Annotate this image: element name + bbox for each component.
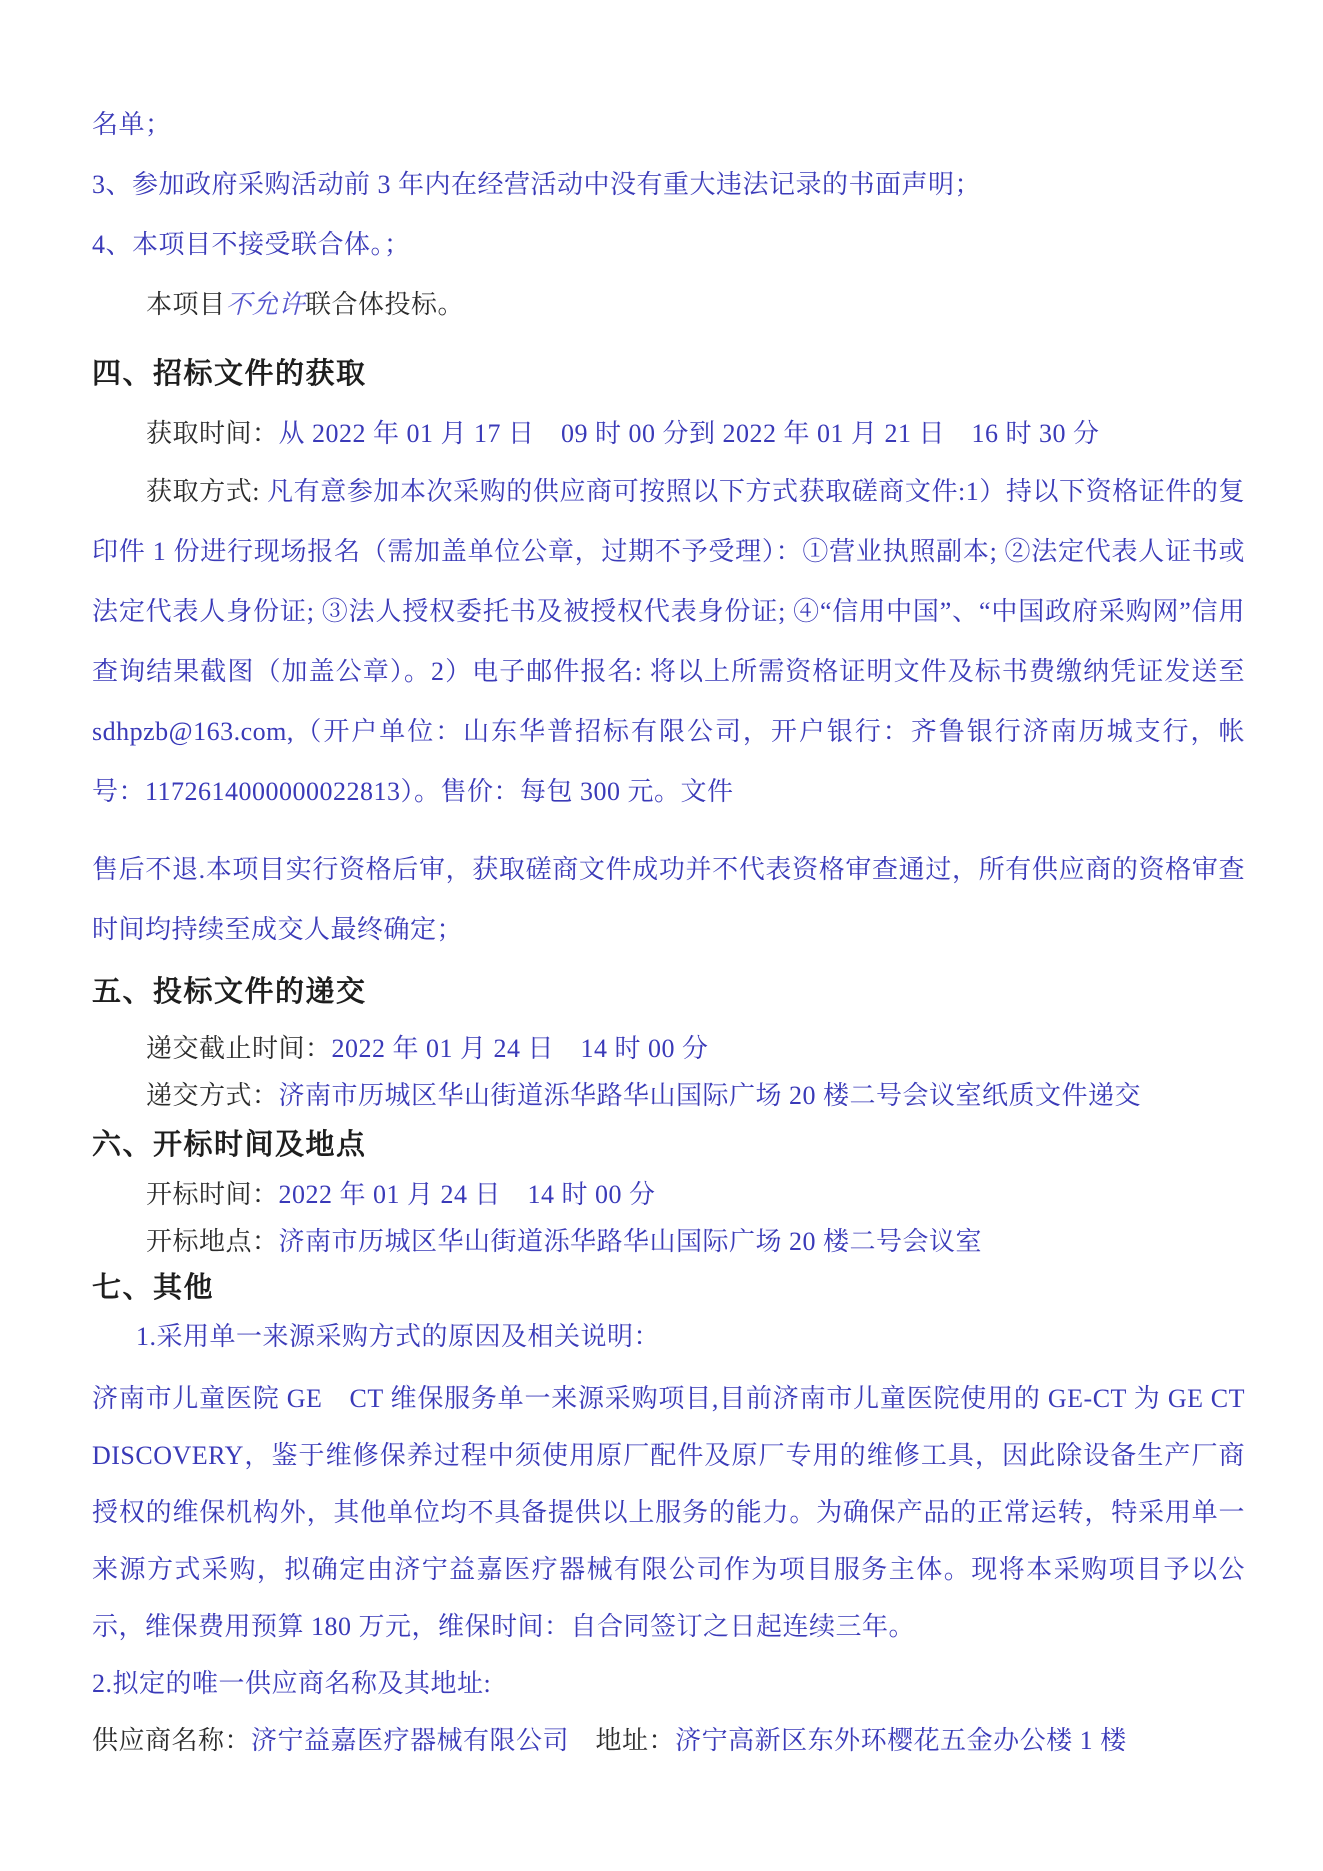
obtain-time-label: 获取时间： [146,419,279,448]
joint-bid-emphasis-not-allowed: 不允许 [226,290,306,319]
opening-place-label: 开标地点： [146,1227,279,1256]
single-source-reason-title: 1.采用单一来源采购方式的原因及相关说明： [92,1312,1245,1362]
opening-time-value: 2022 年 01 月 24 日 14 时 00 分 [279,1180,656,1209]
sole-supplier-title: 2.拟定的唯一供应商名称及其地址: [92,1655,1245,1712]
section-heading-bid-opening: 六、开标时间及地点 [92,1119,1245,1171]
opening-time-line: 开标时间：2022 年 01 月 24 日 14 时 00 分 [92,1171,1245,1218]
single-source-reason-body: 济南市儿童医院 GE CT 维保服务单一来源采购项目,目前济南市儿童医院使用的 … [92,1370,1245,1655]
opening-place-value: 济南市历城区华山街道泺华路华山国际广场 20 楼二号会议室 [279,1227,983,1256]
opening-place-line: 开标地点：济南市历城区华山街道泺华路华山国际广场 20 楼二号会议室 [92,1218,1245,1265]
intro-line-mingdan: 名单； [92,95,1245,155]
supplier-address-label: 地址： [596,1726,676,1755]
tender-notice-document-page: 名单； 3、参加政府采购活动前 3 年内在经营活动中没有重大违法记录的书面声明；… [0,0,1323,1871]
obtain-method-value: 凡有意参加本次采购的供应商可按照以下方式获取磋商文件:1）持以下资格证件的复印件… [92,477,1245,806]
aftersale-note-paragraph: 售后不退.本项目实行资格后审，获取磋商文件成功并不代表资格审查通过，所有供应商的… [92,840,1245,960]
section-heading-other: 七、其他 [92,1265,1245,1312]
obtain-time-value: 从 2022 年 01 月 17 日 09 时 00 分到 2022 年 01 … [279,419,1100,448]
joint-bid-statement: 本项目不允许联合体投标。 [92,275,1245,335]
obtain-method-paragraph: 获取方式: 凡有意参加本次采购的供应商可按照以下方式获取磋商文件:1）持以下资格… [92,462,1245,822]
submission-deadline-label: 递交截止时间： [146,1034,332,1063]
joint-bid-prefix: 本项目 [146,290,226,319]
opening-time-label: 开标时间： [146,1180,279,1209]
sole-supplier-line: 供应商名称：济宁益嘉医疗器械有限公司 地址：济宁高新区东外环樱花五金办公楼 1 … [92,1712,1245,1769]
section-heading-bid-submission: 五、投标文件的递交 [92,960,1245,1025]
obtain-time-line: 获取时间：从 2022 年 01 月 17 日 09 时 00 分到 2022 … [92,405,1245,462]
qualification-item-4: 4、本项目不接受联合体。； [92,215,1245,275]
supplier-line-gap [569,1726,596,1755]
submission-deadline-value: 2022 年 01 月 24 日 14 时 00 分 [332,1034,709,1063]
submission-deadline-line: 递交截止时间：2022 年 01 月 24 日 14 时 00 分 [92,1025,1245,1072]
supplier-name-label: 供应商名称： [92,1726,251,1755]
obtain-method-label: 获取方式: [146,477,260,506]
supplier-address-value: 济宁高新区东外环樱花五金办公楼 1 楼 [675,1726,1127,1755]
supplier-name-value: 济宁益嘉医疗器械有限公司 [251,1726,569,1755]
qualification-item-3: 3、参加政府采购活动前 3 年内在经营活动中没有重大违法记录的书面声明； [92,155,1245,215]
submission-method-value: 济南市历城区华山街道泺华路华山国际广场 20 楼二号会议室纸质文件递交 [279,1081,1142,1110]
submission-method-line: 递交方式：济南市历城区华山街道泺华路华山国际广场 20 楼二号会议室纸质文件递交 [92,1072,1245,1119]
joint-bid-suffix: 联合体投标。 [305,290,464,319]
section-heading-document-obtain: 四、招标文件的获取 [92,343,1245,405]
submission-method-label: 递交方式： [146,1081,279,1110]
